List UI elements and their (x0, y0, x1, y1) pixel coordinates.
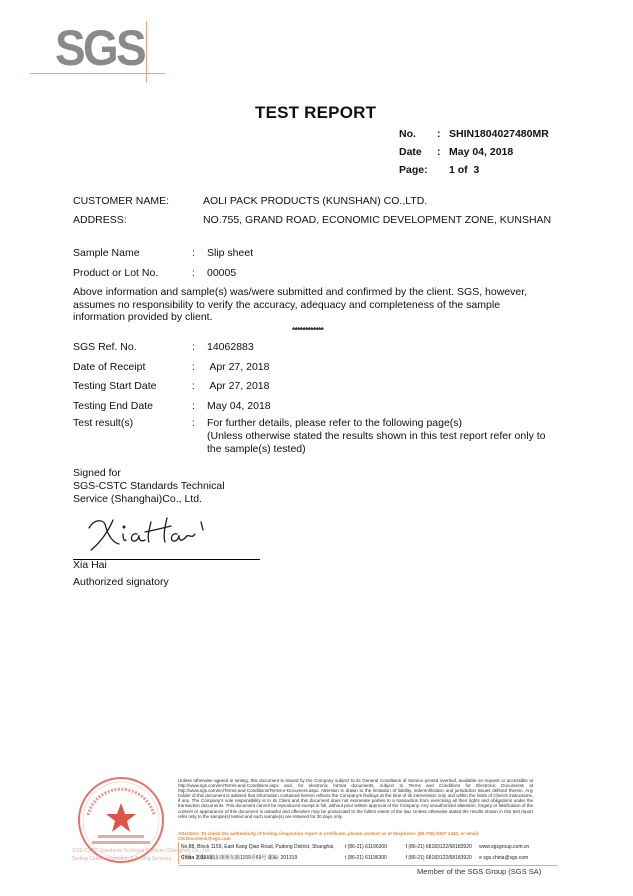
field-label: Date of Receipt (73, 358, 192, 378)
customer-name-value: AOLI PACK PRODUCTS (KUNSHAN) CO.,LTD. (203, 192, 427, 211)
contact-row-english: No.88, Block 1159, East Kang Qiao Road, … (178, 842, 538, 853)
field-colon: : (192, 264, 207, 284)
meta-value: 1 of 3 (449, 161, 479, 179)
test-result-line1: For further details, please refer to the… (207, 417, 562, 430)
meta-label: Page: (399, 161, 437, 179)
signed-for-block: Signed for SGS-CSTC Standards Technical … (73, 467, 225, 506)
field-value: Apr 27, 2018 (207, 377, 269, 397)
contact-telephone: t (86-21) 61196300 (345, 853, 406, 864)
handwritten-signature (85, 510, 215, 555)
field-value: May 04, 2018 (207, 397, 271, 417)
meta-date: Date : May 04, 2018 (399, 143, 549, 161)
contact-address: 中国 • 上海 • 浦东康桥东路1159弄69号 邮编: 201319 (181, 853, 345, 864)
separator-stars: ************ (292, 326, 323, 335)
signer-name: Xia Hai (73, 559, 107, 572)
legal-disclaimer: Unless otherwise agreed in writing, this… (178, 778, 533, 819)
date-of-receipt-row: Date of Receipt : Apr 27, 2018 (73, 358, 271, 378)
field-label: Testing End Date (73, 397, 192, 417)
meta-value: SHIN1804027480MR (449, 125, 549, 143)
sgs-logo: SGS (30, 18, 165, 83)
meta-value: May 04, 2018 (449, 143, 513, 161)
meta-separator: : (437, 143, 443, 161)
sgs-group-membership: Member of the SGS Group (SGS SA) (417, 867, 541, 876)
field-value: Apr 27, 2018 (207, 358, 269, 378)
report-title: TEST REPORT (255, 103, 376, 123)
signed-for-label: Signed for (73, 467, 225, 480)
signing-company-line2: Service (Shanghai)Co., Ltd. (73, 493, 225, 506)
meta-report-number: No. : SHIN1804027480MR (399, 125, 549, 143)
test-details: SGS Ref. No. : 14062883 Date of Receipt … (73, 338, 271, 416)
signer-role: Authorized signatory (73, 576, 169, 589)
field-colon: : (192, 397, 207, 417)
test-result-value: For further details, please refer to the… (207, 417, 562, 456)
field-label: Testing Start Date (73, 377, 192, 397)
meta-separator: : (437, 125, 443, 143)
field-value: 14062883 (207, 338, 254, 358)
field-colon: : (192, 417, 207, 456)
meta-label: Date (399, 143, 437, 161)
sample-name-row: Sample Name : Slip sheet (73, 244, 253, 264)
meta-separator (437, 161, 443, 179)
testing-end-date-row: Testing End Date : May 04, 2018 (73, 397, 271, 417)
field-colon: : (192, 244, 207, 264)
contact-info: No.88, Block 1159, East Kang Qiao Road, … (178, 842, 538, 864)
product-lot-row: Product or Lot No. : 00005 (73, 264, 253, 284)
test-result-line2: (Unless otherwise stated the results sho… (207, 430, 562, 456)
contact-email-link[interactable]: e sgs.china@sgs.com (479, 853, 538, 864)
sgs-logo-text: SGS (55, 18, 144, 78)
logo-vertical-rule (146, 21, 147, 83)
customer-name-row: CUSTOMER NAME: AOLI PACK PRODUCTS (KUNSH… (73, 192, 551, 211)
contact-telephone: t (86-21) 61196300 (345, 842, 406, 853)
sample-info: Sample Name : Slip sheet Product or Lot … (73, 244, 253, 283)
field-label: SGS Ref. No. (73, 338, 192, 358)
field-colon: : (192, 338, 207, 358)
signing-company-line1: SGS-CSTC Standards Technical (73, 480, 225, 493)
customer-address-value: NO.755, GRAND ROAD, ECONOMIC DEVELOPMENT… (203, 211, 551, 230)
contact-address: No.88, Block 1159, East Kang Qiao Road, … (181, 842, 345, 853)
field-label: Sample Name (73, 244, 192, 264)
customer-address-row: ADDRESS: NO.755, GRAND ROAD, ECONOMIC DE… (73, 211, 551, 230)
sgs-ref-row: SGS Ref. No. : 14062883 (73, 338, 271, 358)
contact-website-link[interactable]: www.sgsgroup.com.cn (479, 842, 538, 853)
customer-name-label: CUSTOMER NAME: (73, 192, 203, 211)
contact-row-chinese: 中国 • 上海 • 浦东康桥东路1159弄69号 邮编: 201319 t (8… (178, 853, 538, 864)
contact-fax: f (86-21) 68183122/68183920 (406, 842, 480, 853)
customer-block: CUSTOMER NAME: AOLI PACK PRODUCTS (KUNSH… (73, 192, 551, 230)
field-colon: : (192, 377, 207, 397)
field-label: Product or Lot No. (73, 264, 192, 284)
disclaimer-notice: Above information and sample(s) was/were… (73, 286, 553, 324)
logo-horizontal-rule (30, 73, 165, 74)
field-label: Test result(s) (73, 417, 192, 456)
meta-label: No. (399, 125, 437, 143)
field-value: Slip sheet (207, 244, 253, 264)
field-colon: : (192, 358, 207, 378)
authenticity-attention: Attention: To check the authenticity of … (178, 831, 533, 841)
field-value: 00005 (207, 264, 236, 284)
customer-address-label: ADDRESS: (73, 211, 203, 230)
footer-divider (178, 865, 558, 866)
contact-fax: f (86-21) 68183122/68183920 (406, 853, 480, 864)
meta-page: Page: 1 of 3 (399, 161, 549, 179)
test-result-row: Test result(s) : For further details, pl… (73, 417, 562, 456)
testing-start-date-row: Testing Start Date : Apr 27, 2018 (73, 377, 271, 397)
report-meta: No. : SHIN1804027480MR Date : May 04, 20… (399, 125, 549, 179)
